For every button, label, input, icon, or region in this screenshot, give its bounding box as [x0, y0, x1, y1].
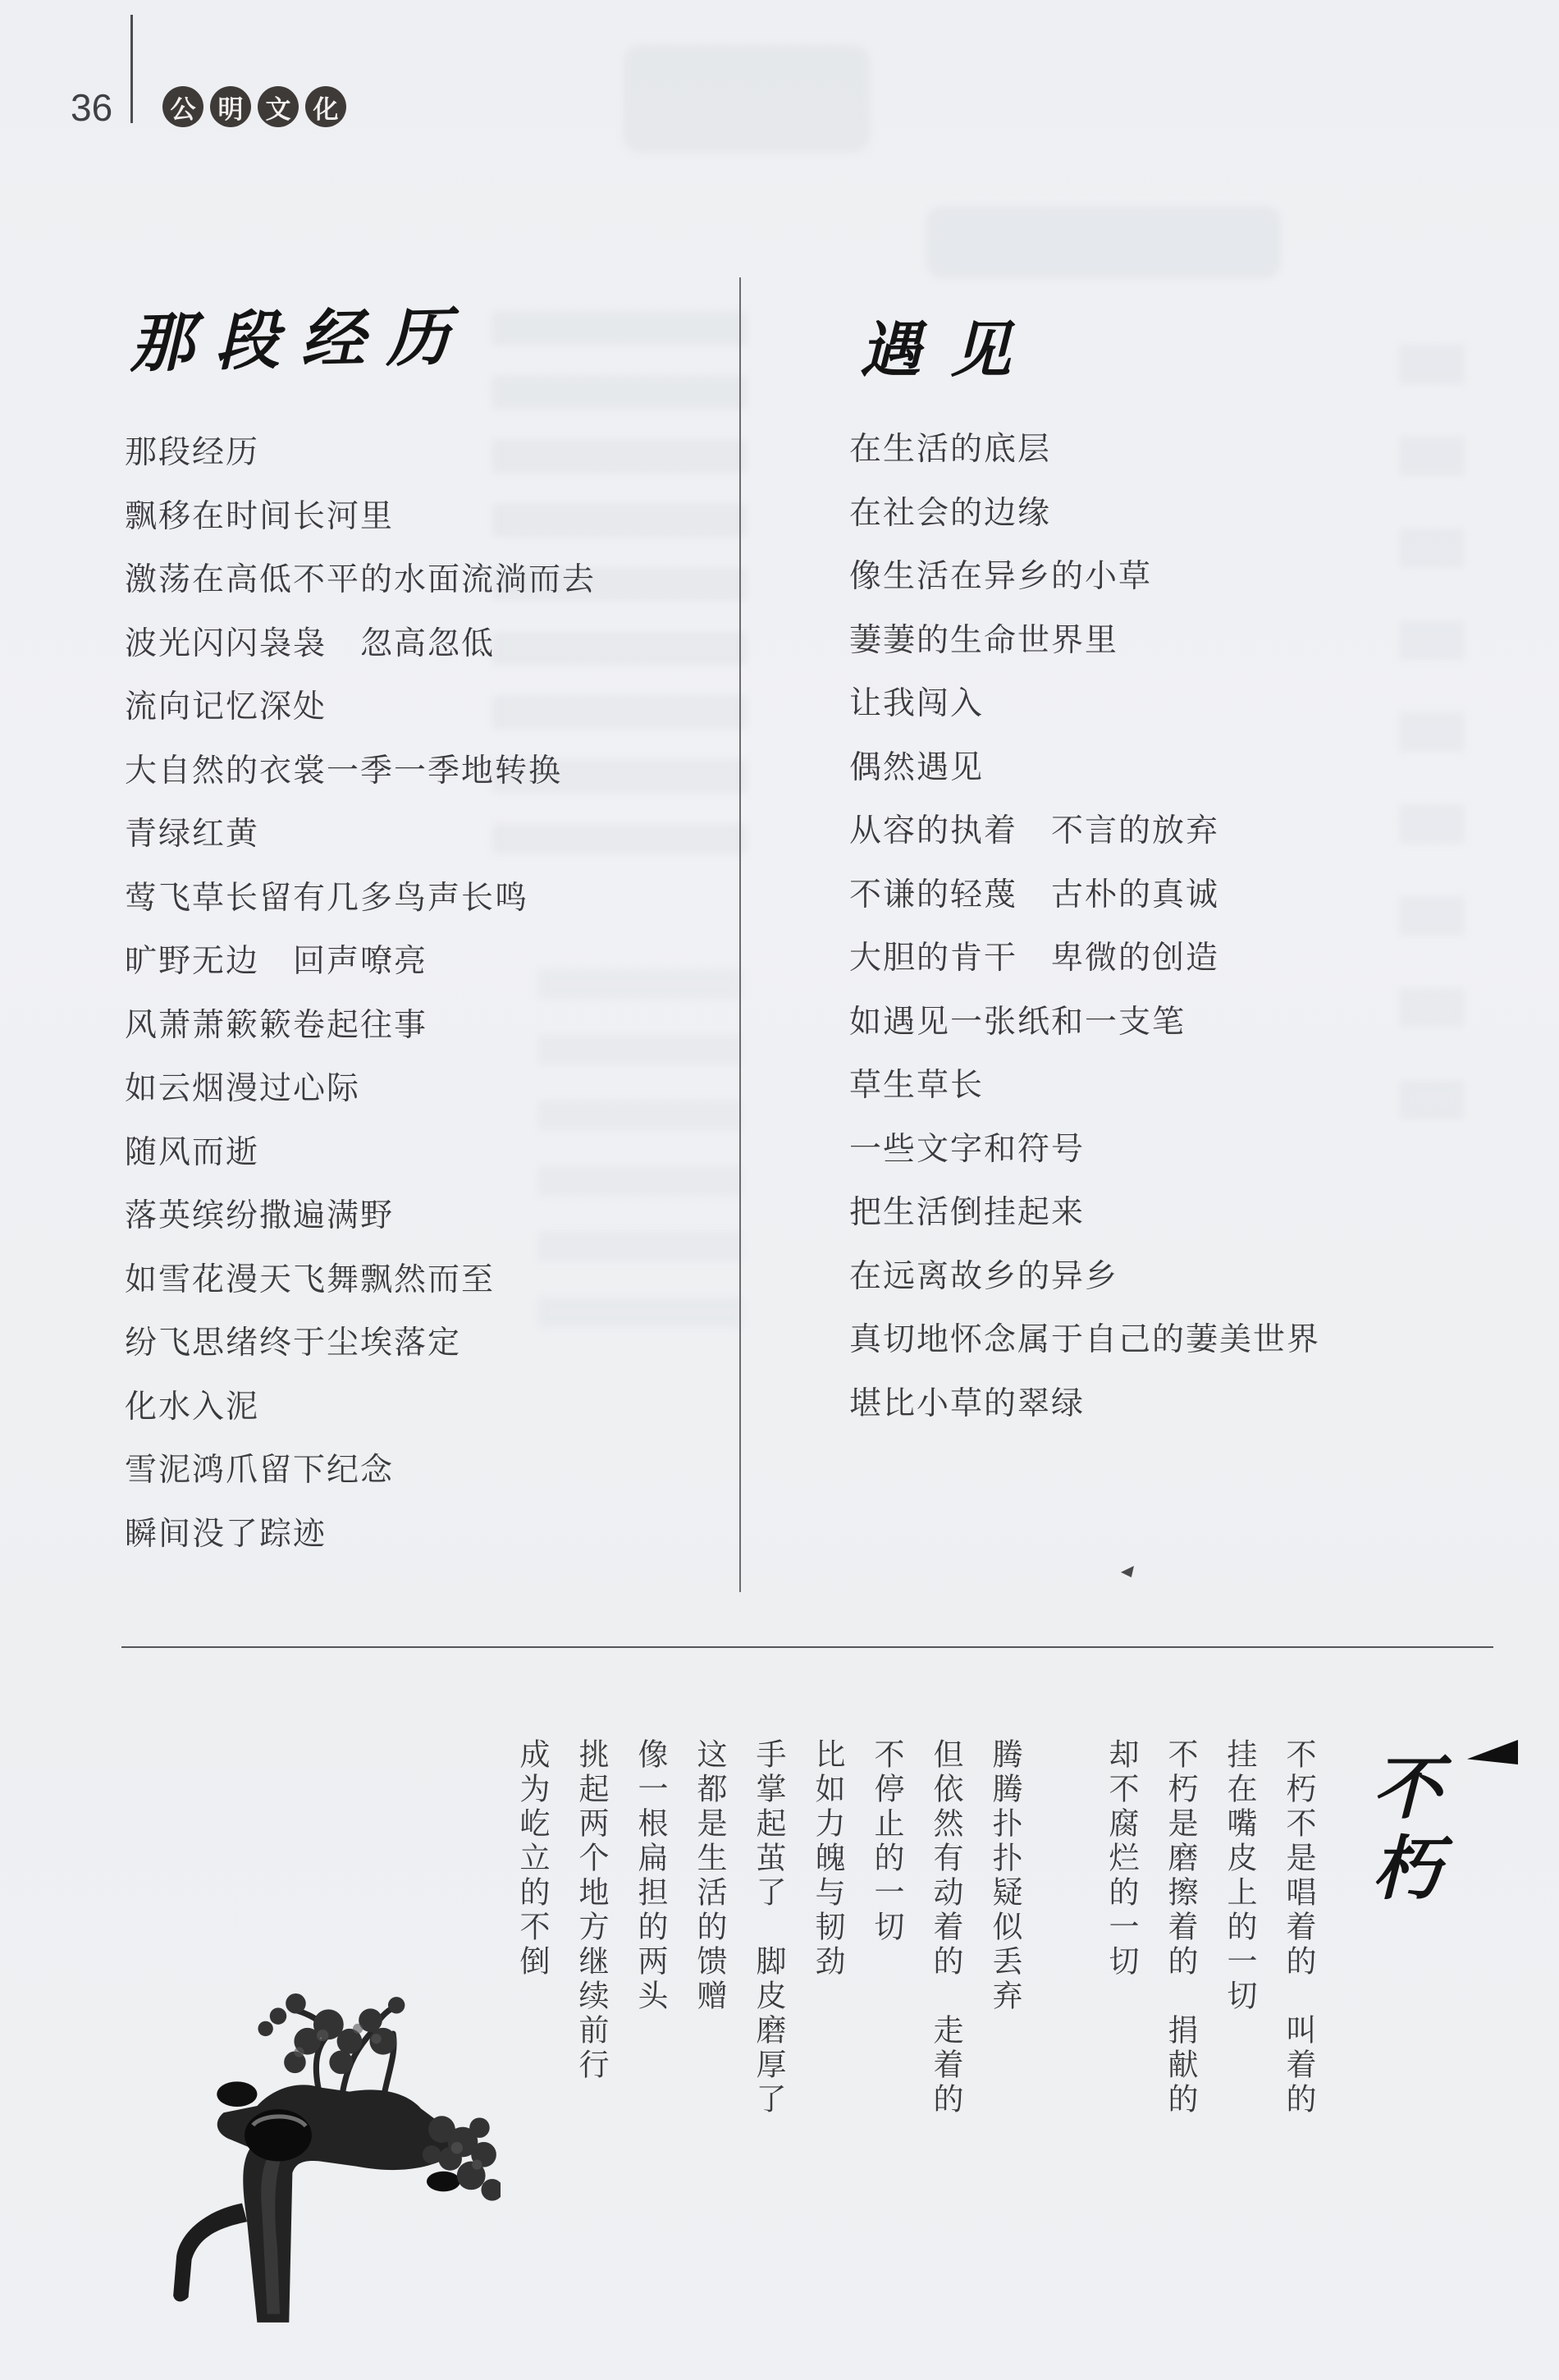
poem-line: 挑起两个地方继续前行 — [561, 1738, 620, 2198]
poem-line: 不停止的一切 — [857, 1738, 916, 2198]
poem-line: 不朽不是唱着的 叫着的 — [1269, 1738, 1328, 2198]
poem-line: 雪泥鸿爪留下纪念 — [125, 1444, 596, 1508]
page-number: 36 — [71, 85, 112, 130]
poem-right-title: 遇见 — [860, 302, 1040, 389]
poem-line: 大胆的肯干 卑微的创造 — [849, 932, 1320, 996]
poem-line: 比如力魄与韧劲 — [798, 1738, 857, 2198]
poem-left-title: 那段经历 — [129, 286, 472, 385]
poem-line: 像生活在异乡的小草 — [849, 551, 1320, 615]
section-divider-line — [121, 1646, 1493, 1648]
column-divider-line — [739, 277, 741, 1592]
poem-line: 从容的执着 不言的放弃 — [849, 805, 1320, 869]
poem-line: 堪比小草的翠绿 — [849, 1378, 1320, 1442]
poem-line: 真切地怀念属于自己的萋美世界 — [849, 1314, 1320, 1378]
poem-line: 手掌起茧了 脚皮磨厚了 — [738, 1738, 798, 2198]
poem-line: 草生草长 — [849, 1060, 1320, 1124]
poem-line: 流向记忆深处 — [125, 681, 596, 745]
poem-line: 旷野无边 回声嘹亮 — [125, 936, 596, 1000]
poem-line: 偶然遇见 — [849, 742, 1320, 806]
publication-logo: 公明文化 — [162, 86, 346, 127]
poem-line: 却不腐烂的一切 — [1091, 1738, 1150, 2198]
poem-line: 落英缤纷撒遍满野 — [125, 1190, 596, 1254]
logo-character-badge: 化 — [305, 86, 346, 127]
poem-line: 如雪花漫天飞舞飘然而至 — [125, 1254, 596, 1318]
logo-character-badge: 明 — [210, 86, 251, 127]
poem-line: 化水入泥 — [125, 1381, 596, 1445]
poem-line: 像一根扁担的两头 — [620, 1738, 679, 2198]
poem-line: 腾腾扑扑疑似丢弃 — [975, 1738, 1034, 2198]
poem-line: 风萧萧簌簌卷起往事 — [125, 1000, 596, 1064]
poem-line: 随风而逝 — [125, 1127, 596, 1191]
ink-speck — [1121, 1566, 1134, 1577]
gnarled-tree-photo — [131, 1961, 501, 2323]
poem-line: 但依然有动着的 走着的 — [916, 1738, 975, 2198]
poem-bottom-body: 不朽 不朽不是唱着的 叫着的挂在嘴皮上的一切不朽是磨擦着的 捐献的却不腐烂的一切… — [502, 1738, 1451, 2198]
logo-character-badge: 公 — [162, 86, 203, 127]
poem-line: 成为屹立的不倒 — [502, 1738, 561, 2198]
ink-brush-mark — [1467, 1740, 1518, 1764]
poem-line: 飘移在时间长河里 — [125, 491, 596, 555]
poem-bottom-title: 不朽 — [1352, 1738, 1451, 2198]
poem-line: 不朽是磨擦着的 捐献的 — [1150, 1738, 1209, 2198]
poem-line: 把生活倒挂起来 — [849, 1187, 1320, 1251]
poem-line: 那段经历 — [125, 427, 596, 491]
poem-line: 这都是生活的馈赠 — [679, 1738, 738, 2198]
poem-line: 瞬间没了踪迹 — [125, 1508, 596, 1572]
poem-line: 在社会的边缘 — [849, 487, 1320, 552]
poem-line: 不谦的轻蔑 古朴的真诚 — [849, 869, 1320, 933]
poem-line: 如云烟漫过心际 — [125, 1063, 596, 1127]
poem-line: 在远离故乡的异乡 — [849, 1251, 1320, 1315]
poem-line: 挂在嘴皮上的一切 — [1209, 1738, 1269, 2198]
poem-line: 波光闪闪袅袅 忽高忽低 — [125, 618, 596, 682]
poem-line: 如遇见一张纸和一支笔 — [849, 996, 1320, 1060]
poem-line: 激荡在高低不平的水面流淌而去 — [125, 554, 596, 618]
poem-line: 青绿红黄 — [125, 808, 596, 872]
logo-character-badge: 文 — [258, 86, 299, 127]
poem-line: 莺飞草长留有几多鸟声长鸣 — [125, 872, 596, 936]
poem-line: 萋萋的生命世界里 — [849, 615, 1320, 679]
poem-left-body: 那段经历飘移在时间长河里激荡在高低不平的水面流淌而去波光闪闪袅袅 忽高忽低流向记… — [125, 427, 596, 1572]
print-through-ghost — [624, 45, 870, 152]
print-through-ghost — [927, 207, 1280, 277]
print-through-ghost — [1399, 345, 1465, 1149]
magazine-page: 36 公明文化 那段经历 那段经历飘移在时间长河里激荡在高低不平的水面流淌而去波… — [0, 0, 1559, 2380]
poem-line: 在生活的底层 — [849, 423, 1320, 487]
poem-line: 让我闯入 — [849, 678, 1320, 742]
poem-line: 一些文字和符号 — [849, 1124, 1320, 1188]
poem-right-body: 在生活的底层在社会的边缘像生活在异乡的小草萋萋的生命世界里让我闯入偶然遇见从容的… — [849, 423, 1320, 1441]
poem-line: 大自然的衣裳一季一季地转换 — [125, 745, 596, 809]
header-divider-bar — [130, 15, 133, 123]
poem-line: 纷飞思绪终于尘埃落定 — [125, 1317, 596, 1381]
